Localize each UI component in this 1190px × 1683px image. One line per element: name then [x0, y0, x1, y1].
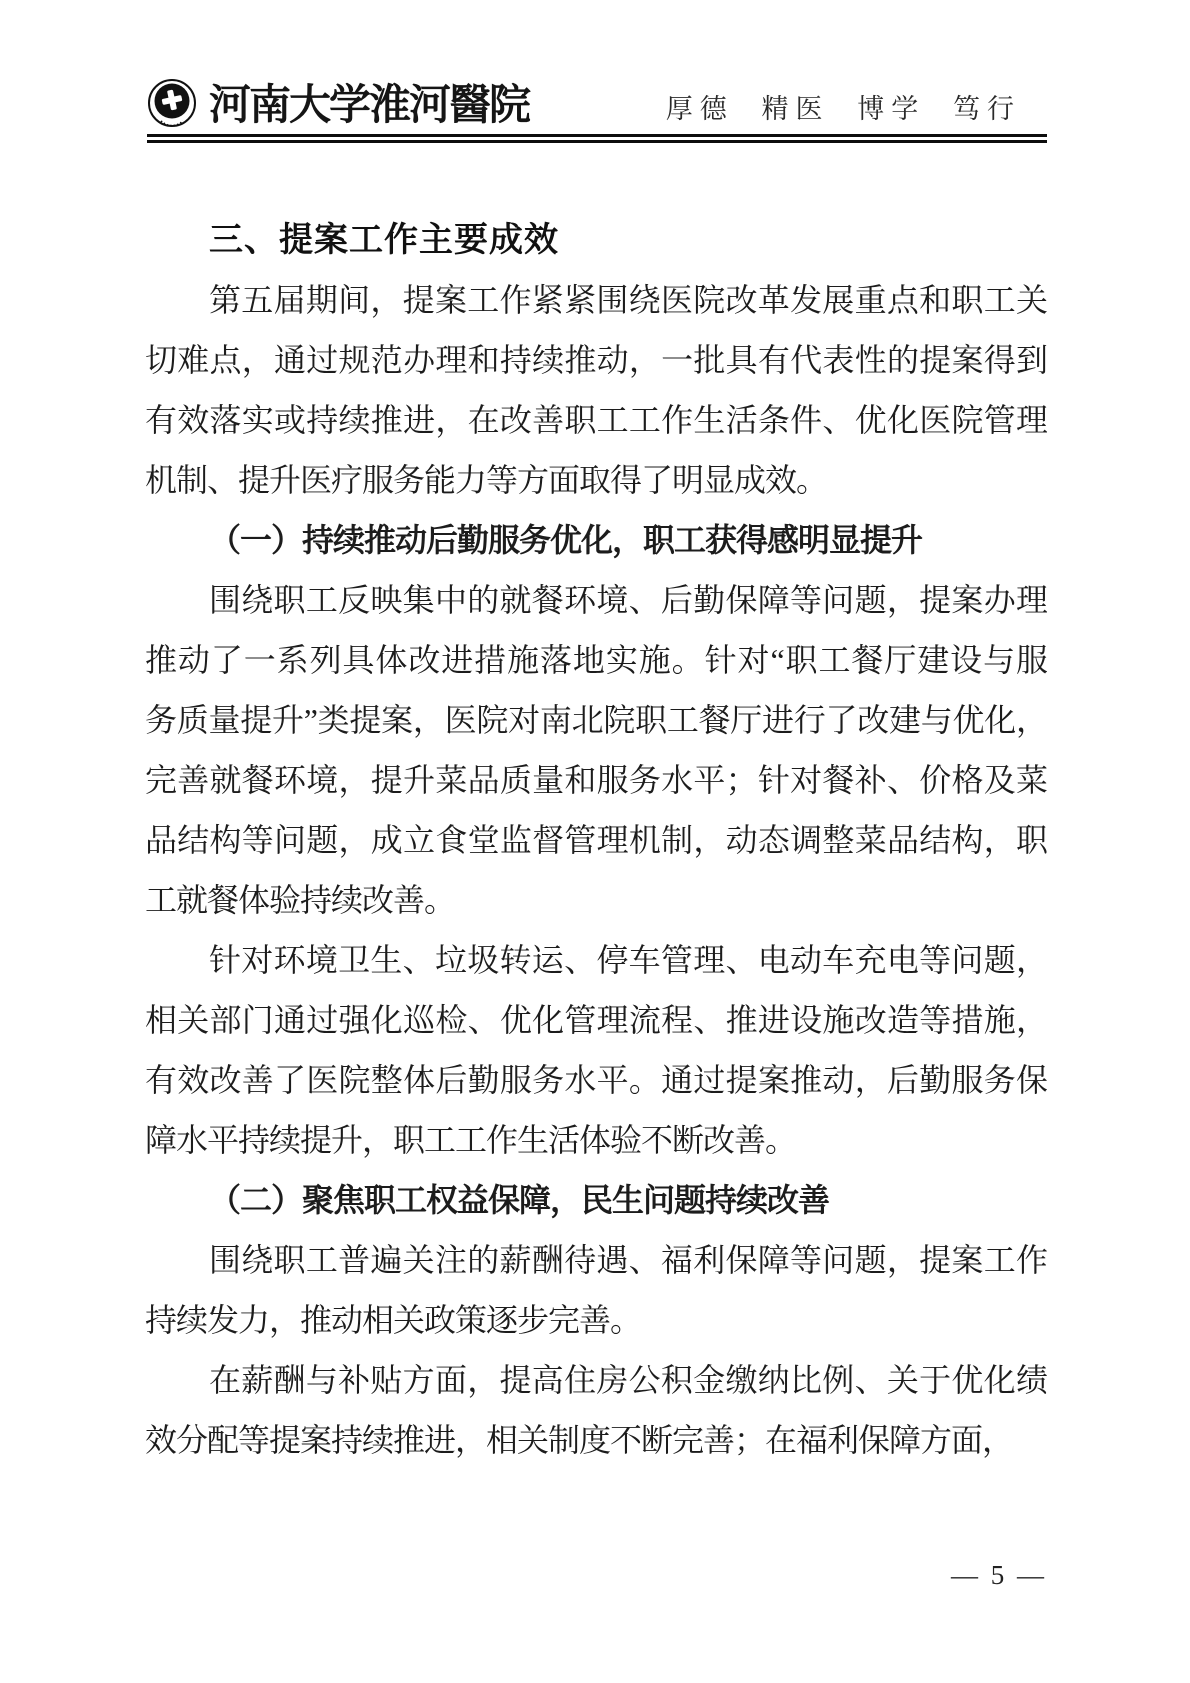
page-number: — 5 —	[951, 1560, 1047, 1591]
hospital-name: 河南大学淮河醫院	[209, 72, 529, 132]
subsection-heading: （二）聚焦职工权益保障，民生问题持续改善	[145, 1170, 1047, 1230]
document-line: 持续发力，推动相关政策逐步完善。	[145, 1290, 1047, 1350]
document-line: 第五届期间，提案工作紧紧围绕医院改革发展重点和职工关	[145, 270, 1047, 330]
document-line: 针对环境卫生、垃圾转运、停车管理、电动车充电等问题，	[145, 930, 1047, 990]
hospital-logo-icon	[147, 78, 197, 128]
page-header: 河南大学淮河醫院 厚德 精医 博学 笃行	[147, 74, 1047, 132]
document-line: 机制、提升医疗服务能力等方面取得了明显成效。	[145, 450, 1047, 510]
hospital-motto: 厚德 精医 博学 笃行	[666, 87, 1021, 126]
header-divider	[147, 134, 1047, 143]
document-line: 效分配等提案持续推进，相关制度不断完善；在福利保障方面，	[145, 1410, 1047, 1470]
document-line: 障水平持续提升，职工工作生活体验不断改善。	[145, 1110, 1047, 1170]
document-page: 河南大学淮河醫院 厚德 精医 博学 笃行 三、提案工作主要成效第五届期间，提案工…	[0, 0, 1190, 1683]
document-line: 围绕职工反映集中的就餐环境、后勤保障等问题，提案办理	[145, 570, 1047, 630]
document-line: 有效落实或持续推进，在改善职工工作生活条件、优化医院管理	[145, 390, 1047, 450]
document-line: 相关部门通过强化巡检、优化管理流程、推进设施改造等措施，	[145, 990, 1047, 1050]
document-line: 推动了一系列具体改进措施落地实施。针对“职工餐厅建设与服	[145, 630, 1047, 690]
section-heading: 三、提案工作主要成效	[145, 210, 1047, 270]
document-line: 围绕职工普遍关注的薪酬待遇、福利保障等问题，提案工作	[145, 1230, 1047, 1290]
document-line: 在薪酬与补贴方面，提高住房公积金缴纳比例、关于优化绩	[145, 1350, 1047, 1410]
document-line: 完善就餐环境，提升菜品质量和服务水平；针对餐补、价格及菜	[145, 750, 1047, 810]
document-line: 务质量提升”类提案，医院对南北院职工餐厅进行了改建与优化，	[145, 690, 1047, 750]
document-body: 三、提案工作主要成效第五届期间，提案工作紧紧围绕医院改革发展重点和职工关切难点，…	[145, 210, 1047, 1470]
subsection-heading: （一）持续推动后勤服务优化，职工获得感明显提升	[145, 510, 1047, 570]
document-line: 品结构等问题，成立食堂监督管理机制，动态调整菜品结构，职	[145, 810, 1047, 870]
document-line: 有效改善了医院整体后勤服务水平。通过提案推动，后勤服务保	[145, 1050, 1047, 1110]
document-line: 切难点，通过规范办理和持续推动，一批具有代表性的提案得到	[145, 330, 1047, 390]
document-line: 工就餐体验持续改善。	[145, 870, 1047, 930]
